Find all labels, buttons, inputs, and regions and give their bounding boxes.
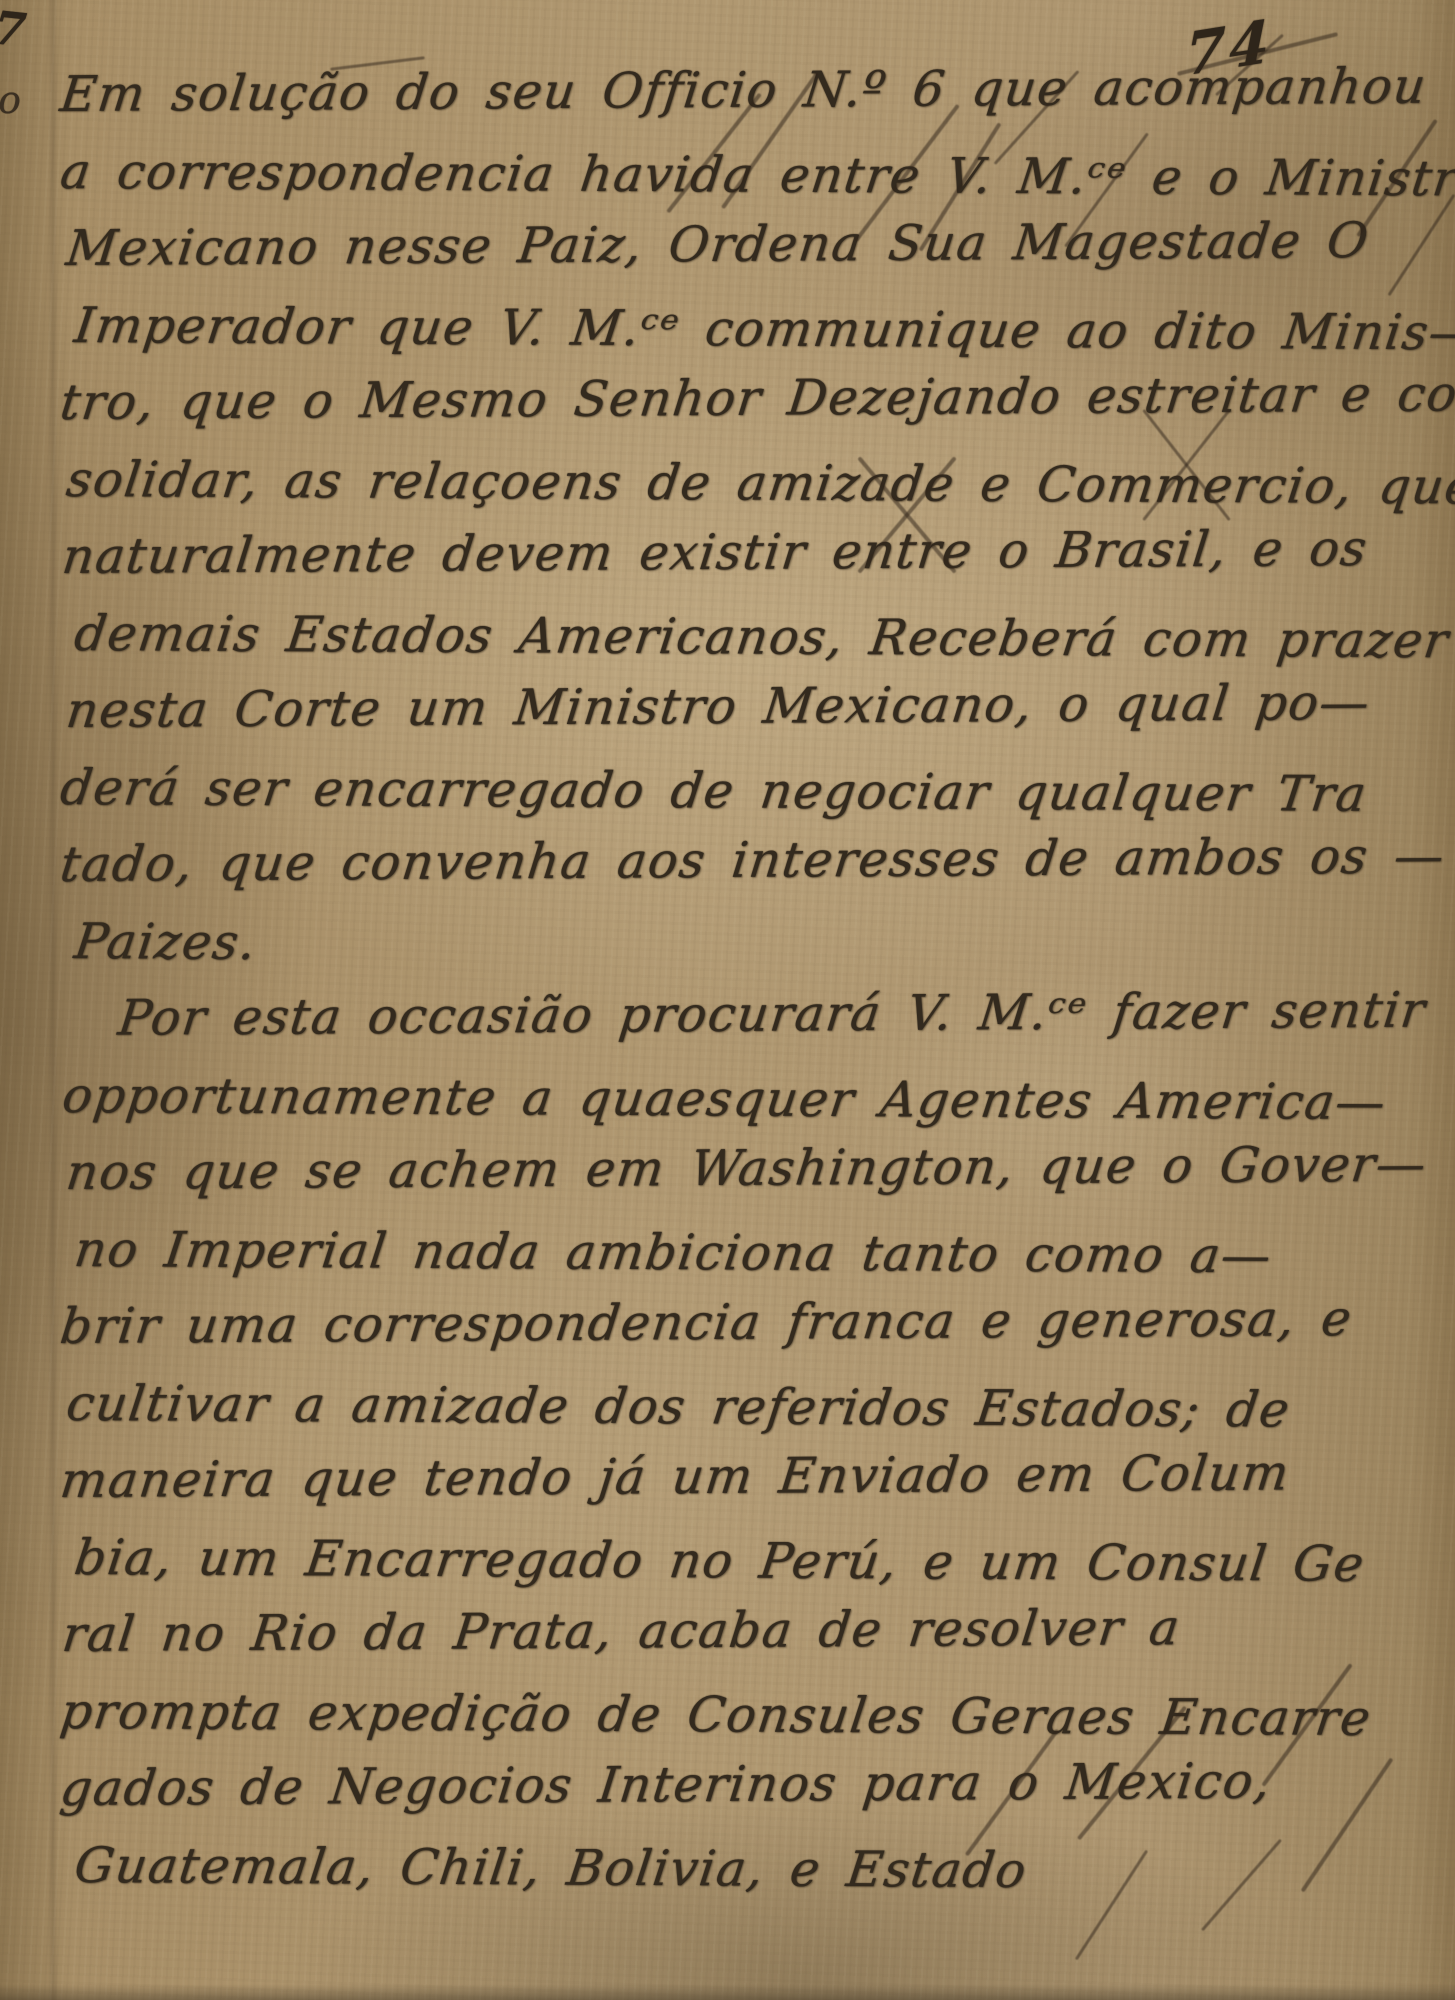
gutter-shadow [48,0,58,2000]
manuscript-line: Guatemala, Chili, Bolivia, e Estado [70,1827,1455,1911]
manuscript-line: brir uma correspondencia franca e genero… [56,1279,1455,1365]
manuscript-line: gados de Negocios Interinos para o Mexic… [56,1741,1455,1827]
manuscript-line: Mexicano nesse Paiz, Ordena Sua Magestad… [62,201,1455,287]
manuscript-line: Por esta occasião procurará V. M.ᶜᵉ faze… [56,971,1455,1057]
manuscript-line: maneira que tendo já um Enviado em Colum [56,1433,1455,1519]
page-bottom-edge [0,1984,1455,2000]
manuscript-line: Em solução do seu Officio N.º 6 que acom… [56,47,1455,133]
manuscript-line: ral no Rio da Prata, acaba de resolver a [58,1587,1455,1673]
manuscript-line: tado, que convenha aos interesses de amb… [56,817,1455,903]
manuscript-text: Em solução do seu Officio N.º 6 que acom… [58,56,1450,1904]
manuscript-line: naturalmente devem existir entre o Brasi… [58,509,1455,595]
corner-mark: 7 [0,0,29,57]
manuscript-line: nesta Corte um Ministro Mexicano, o qual… [62,663,1455,749]
manuscript-line: tro, que o Mesmo Senhor Dezejando estrei… [56,355,1455,441]
manuscript-line: nos que se achem em Washington, que o Go… [62,1125,1455,1211]
manuscript-page: 7 io 74 Em solução do seu Officio N.º 6 … [0,0,1455,2000]
margin-note-fragment: io [0,78,21,122]
